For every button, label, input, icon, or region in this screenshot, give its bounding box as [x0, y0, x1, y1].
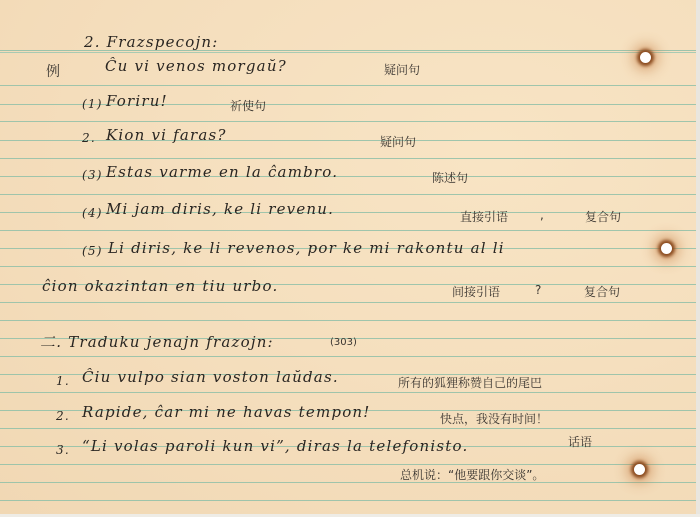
- ruled-line: [0, 356, 696, 357]
- translation-number: 3.: [56, 443, 70, 457]
- translation-note: 快点，我没有时间！: [440, 410, 548, 427]
- item-text: Mi jam diris, ke li revenu.: [106, 200, 334, 218]
- item-text: Li diris, ke li revenos, por ke mi rakon…: [108, 239, 505, 257]
- item-note: 陈述句: [432, 169, 468, 186]
- translation-note: 总机说：“他要跟你交谈”。: [400, 466, 544, 483]
- translation-text: “Li volas paroli kun vi”, diras la telef…: [82, 437, 468, 455]
- ruled-line: [0, 266, 696, 267]
- item-note: 疑问句: [380, 133, 416, 150]
- item-number: (1): [82, 97, 103, 111]
- ruled-line: [0, 230, 696, 231]
- example-sentence: Ĉu vi venos morgaŭ?: [105, 57, 287, 75]
- section-title: 二. Traduku jenajn frazojn:: [40, 331, 274, 352]
- item-note-1: 间接引语: [452, 283, 500, 300]
- item-number: (4): [82, 206, 103, 220]
- ruled-line: [0, 85, 696, 86]
- item-note-1: 直接引语: [460, 208, 508, 225]
- item-text: Foriru!: [106, 92, 168, 110]
- translation-text: Rapide, ĉar mi ne havas tempon!: [82, 403, 371, 421]
- ruled-line: [0, 194, 696, 195]
- item-note-2: 复合句: [584, 283, 620, 300]
- translation-text: Ĉiu vulpo sian voston laŭdas.: [82, 368, 339, 386]
- item-separator: ,: [540, 208, 544, 222]
- burn-hole: [634, 464, 645, 475]
- scan-edge: [696, 0, 700, 517]
- translation-number: 1.: [56, 374, 70, 388]
- item-number: (5): [82, 244, 103, 258]
- item-separator: ?: [535, 283, 541, 297]
- ruled-line: [0, 464, 696, 465]
- section-title: 2. Frazspecojn:: [84, 33, 218, 51]
- section-reference: (303): [330, 337, 357, 348]
- ruled-line: [0, 320, 696, 321]
- item-note: 祈使句: [230, 97, 266, 114]
- item-text: Kion vi faras?: [106, 126, 227, 144]
- ruled-line: [0, 392, 696, 393]
- ruled-line: [0, 482, 696, 483]
- translation-number: 2.: [56, 409, 70, 423]
- burn-hole: [661, 243, 672, 254]
- ruled-line: [0, 121, 696, 122]
- ruled-line: [0, 302, 696, 303]
- ruled-line: [0, 500, 696, 501]
- burn-hole: [640, 52, 651, 63]
- notebook-page: 2. Frazspecojn: 例 Ĉu vi venos morgaŭ? 疑问…: [0, 0, 696, 514]
- item-number: (3): [82, 168, 103, 182]
- ruled-line: [0, 176, 696, 177]
- ruled-line: [0, 104, 696, 105]
- ruled-line: [0, 428, 696, 429]
- translation-note: 所有的狐狸称赞自己的尾巴: [398, 374, 542, 391]
- item-text-continued: ĉion okazintan en tiu urbo.: [42, 277, 278, 295]
- example-marker: 例: [46, 61, 60, 81]
- item-note-2: 复合句: [585, 208, 621, 225]
- item-text: Estas varme en la ĉambro.: [106, 163, 338, 181]
- example-note: 疑问句: [384, 61, 420, 78]
- translation-note-above: 话语: [568, 433, 592, 450]
- item-number: 2.: [82, 131, 96, 145]
- ruled-line: [0, 158, 696, 159]
- ruled-line: [0, 140, 696, 141]
